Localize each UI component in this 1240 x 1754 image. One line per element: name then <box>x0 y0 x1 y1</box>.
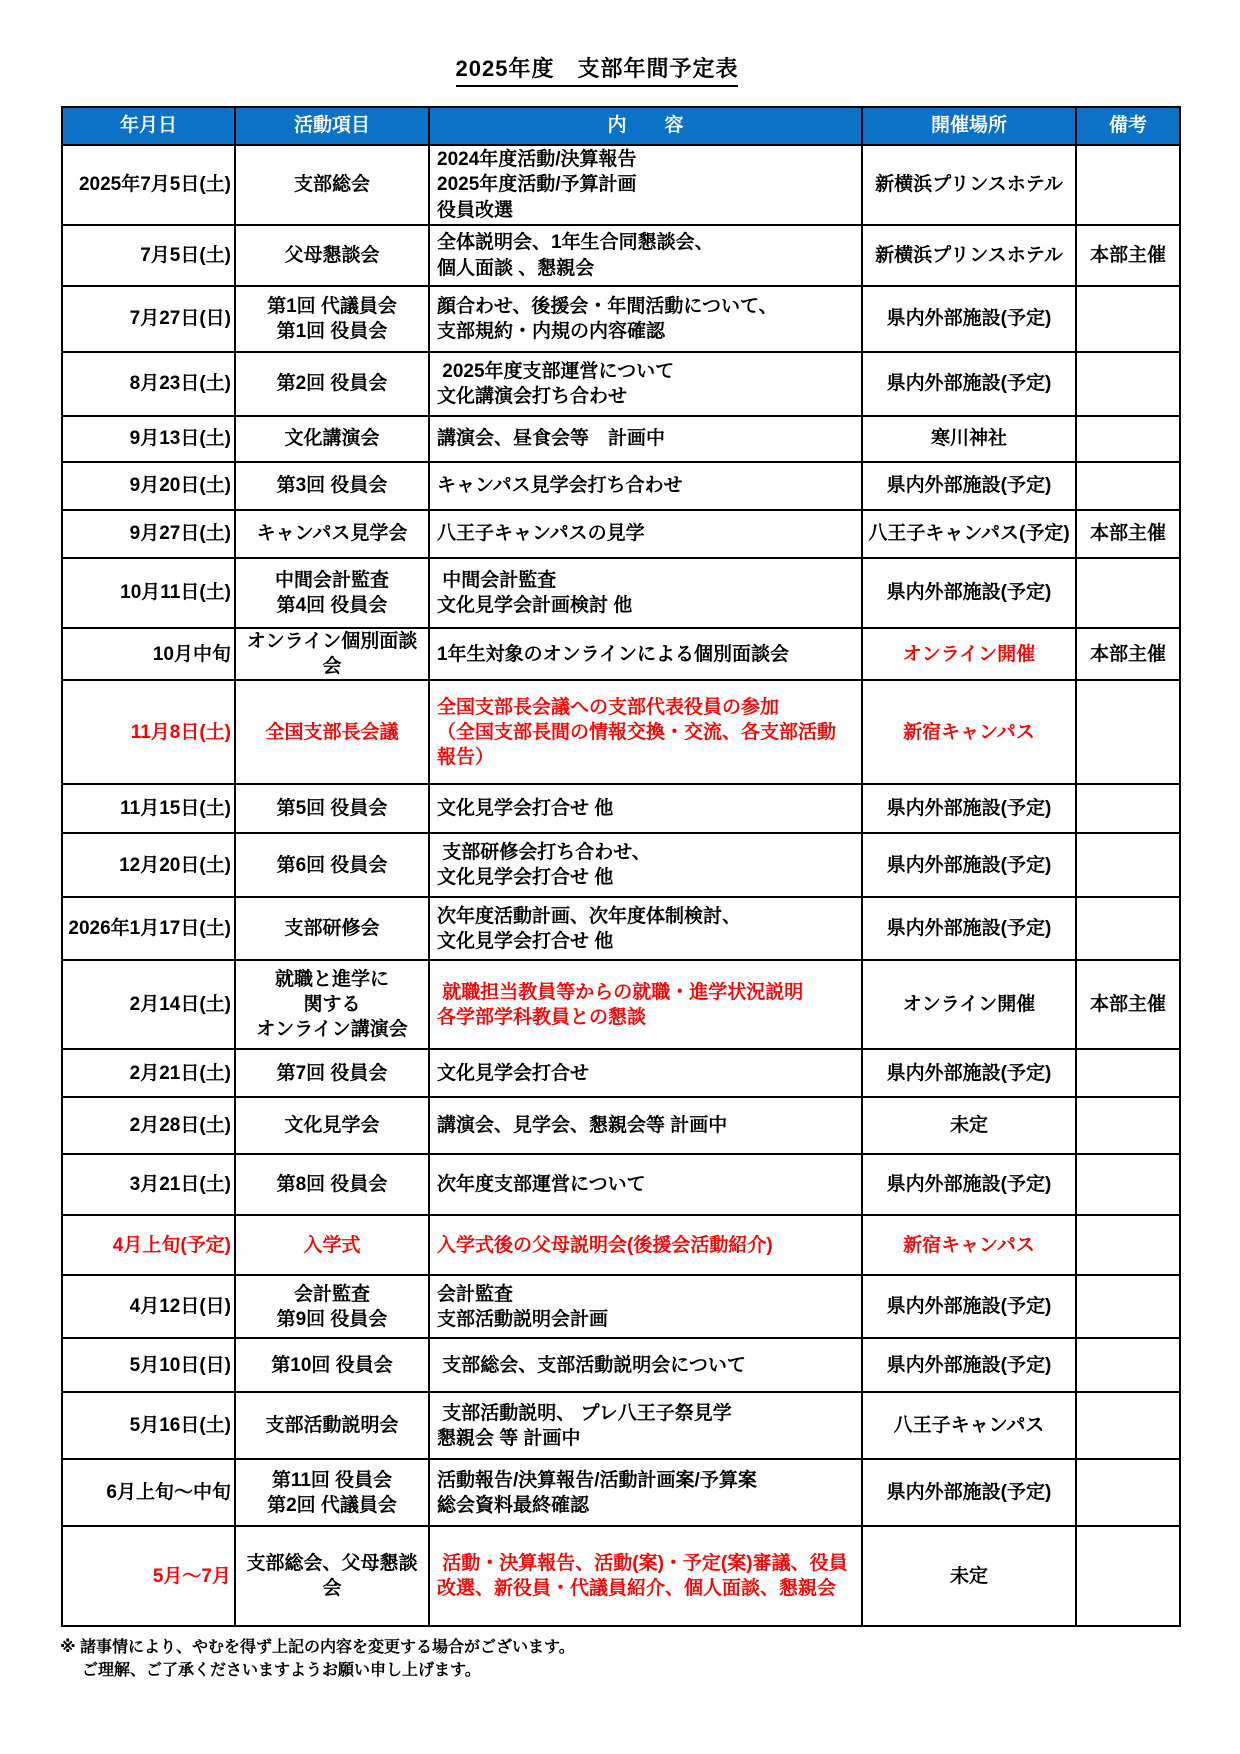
column-header-note: 備考 <box>1076 107 1180 145</box>
activity-cell: 第8回 役員会 <box>235 1154 429 1215</box>
content-cell: 文化見学会打合せ 他 <box>429 784 862 833</box>
date-cell: 7月27日(日) <box>62 286 235 352</box>
content-cell: 1年生対象のオンラインによる個別面談会 <box>429 628 862 680</box>
footer-note: ※ 諸事情により、やむを得ず上記の内容を変更する場合がございます。 ご理解、ご了… <box>60 1636 575 1682</box>
activity-cell: 支部総会 <box>235 145 429 225</box>
note-cell <box>1076 1338 1180 1392</box>
content-cell: 2025年度支部運営について 文化講演会打ち合わせ <box>429 352 862 416</box>
table-row: 2月21日(土)第7回 役員会文化見学会打合せ県内外部施設(予定) <box>62 1049 1180 1097</box>
venue-cell: 県内外部施設(予定) <box>862 1154 1076 1215</box>
note-cell <box>1076 1275 1180 1338</box>
venue-cell: 未定 <box>862 1097 1076 1154</box>
content-cell: 支部研修会打ち合わせ、 文化見学会打合せ 他 <box>429 833 862 897</box>
date-cell: 4月上旬(予定) <box>62 1215 235 1275</box>
activity-cell: 支部総会、父母懇談会 <box>235 1526 429 1626</box>
note-cell <box>1076 1392 1180 1459</box>
table-row: 7月27日(日)第1回 代議員会 第1回 役員会顔合わせ、後援会・年間活動につい… <box>62 286 1180 352</box>
venue-cell: 県内外部施設(予定) <box>862 558 1076 628</box>
activity-cell: 支部活動説明会 <box>235 1392 429 1459</box>
table-row: 10月11日(土)中間会計監査 第4回 役員会 中間会計監査 文化見学会計画検討… <box>62 558 1180 628</box>
content-cell: 活動・決算報告、活動(案)・予定(案)審議、役員 改選、新役員・代議員紹介、個人… <box>429 1526 862 1626</box>
table-row: 2月28日(土)文化見学会講演会、見学会、懇親会等 計画中未定 <box>62 1097 1180 1154</box>
date-cell: 10月11日(土) <box>62 558 235 628</box>
activity-cell: 入学式 <box>235 1215 429 1275</box>
venue-cell: 新横浜プリンスホテル <box>862 225 1076 286</box>
venue-cell: 寒川神社 <box>862 416 1076 462</box>
column-header-activity: 活動項目 <box>235 107 429 145</box>
activity-cell: 中間会計監査 第4回 役員会 <box>235 558 429 628</box>
venue-cell: オンライン開催 <box>862 960 1076 1049</box>
date-cell: 2026年1月17日(土) <box>62 897 235 960</box>
table-row: 3月21日(土)第8回 役員会次年度支部運営について県内外部施設(予定) <box>62 1154 1180 1215</box>
venue-cell: 県内外部施設(予定) <box>862 1338 1076 1392</box>
venue-cell: 県内外部施設(予定) <box>862 784 1076 833</box>
activity-cell: 第10回 役員会 <box>235 1338 429 1392</box>
date-cell: 11月15日(土) <box>62 784 235 833</box>
content-cell: 中間会計監査 文化見学会計画検討 他 <box>429 558 862 628</box>
venue-cell: 新宿キャンパス <box>862 1215 1076 1275</box>
date-cell: 9月27日(土) <box>62 510 235 558</box>
venue-cell: 県内外部施設(予定) <box>862 897 1076 960</box>
date-cell: 2月21日(土) <box>62 1049 235 1097</box>
activity-cell: 就職と進学に 関する オンライン講演会 <box>235 960 429 1049</box>
venue-cell: 県内外部施設(予定) <box>862 352 1076 416</box>
table-row: 5月10日(日)第10回 役員会 支部総会、支部活動説明会について県内外部施設(… <box>62 1338 1180 1392</box>
activity-cell: 第3回 役員会 <box>235 462 429 510</box>
venue-cell: 八王子キャンパス <box>862 1392 1076 1459</box>
table-row: 7月5日(土)父母懇談会全体説明会、1年生合同懇談会、 個人面談 、懇親会新横浜… <box>62 225 1180 286</box>
content-cell: 就職担当教員等からの就職・進学状況説明 各学部学科教員との懇談 <box>429 960 862 1049</box>
column-header-venue: 開催場所 <box>862 107 1076 145</box>
note-cell <box>1076 784 1180 833</box>
note-cell <box>1076 1459 1180 1526</box>
activity-cell: 文化講演会 <box>235 416 429 462</box>
note-cell <box>1076 558 1180 628</box>
note-cell <box>1076 1097 1180 1154</box>
note-cell <box>1076 680 1180 784</box>
note-cell <box>1076 286 1180 352</box>
content-cell: キャンパス見学会打ち合わせ <box>429 462 862 510</box>
schedule-table-container: 年月日 活動項目 内 容 開催場所 備考 2025年7月5日(土)支部総会202… <box>61 106 1181 1627</box>
activity-cell: 父母懇談会 <box>235 225 429 286</box>
venue-cell: 県内外部施設(予定) <box>862 286 1076 352</box>
content-cell: 全国支部長会議への支部代表役員の参加 （全国支部長間の情報交換・交流、各支部活動… <box>429 680 862 784</box>
note-cell <box>1076 1049 1180 1097</box>
table-row: 5月～7月支部総会、父母懇談会 活動・決算報告、活動(案)・予定(案)審議、役員… <box>62 1526 1180 1626</box>
venue-cell: 新宿キャンパス <box>862 680 1076 784</box>
venue-cell: 県内外部施設(予定) <box>862 833 1076 897</box>
activity-cell: 第6回 役員会 <box>235 833 429 897</box>
table-row: 9月13日(土)文化講演会講演会、昼食会等 計画中寒川神社 <box>62 416 1180 462</box>
content-cell: 活動報告/決算報告/活動計画案/予算案 総会資料最終確認 <box>429 1459 862 1526</box>
date-cell: 3月21日(土) <box>62 1154 235 1215</box>
table-row: 12月20日(土)第6回 役員会 支部研修会打ち合わせ、 文化見学会打合せ 他県… <box>62 833 1180 897</box>
note-cell: 本部主催 <box>1076 225 1180 286</box>
content-cell: 文化見学会打合せ <box>429 1049 862 1097</box>
table-row: 5月16日(土)支部活動説明会 支部活動説明、 プレ八王子祭見学 懇親会 等 計… <box>62 1392 1180 1459</box>
date-cell: 7月5日(土) <box>62 225 235 286</box>
venue-cell: 新横浜プリンスホテル <box>862 145 1076 225</box>
activity-cell: 第11回 役員会 第2回 代議員会 <box>235 1459 429 1526</box>
date-cell: 2025年7月5日(土) <box>62 145 235 225</box>
note-cell <box>1076 833 1180 897</box>
venue-cell: 県内外部施設(予定) <box>862 1459 1076 1526</box>
activity-cell: 第1回 代議員会 第1回 役員会 <box>235 286 429 352</box>
column-header-date: 年月日 <box>62 107 235 145</box>
note-cell <box>1076 1526 1180 1626</box>
schedule-table: 年月日 活動項目 内 容 開催場所 備考 2025年7月5日(土)支部総会202… <box>61 106 1181 1627</box>
table-row: 8月23日(土)第2回 役員会 2025年度支部運営について 文化講演会打ち合わ… <box>62 352 1180 416</box>
date-cell: 4月12日(日) <box>62 1275 235 1338</box>
date-cell: 10月中旬 <box>62 628 235 680</box>
table-row: 4月12日(日)会計監査 第9回 役員会会計監査 支部活動説明会計画県内外部施設… <box>62 1275 1180 1338</box>
activity-cell: 第2回 役員会 <box>235 352 429 416</box>
activity-cell: 第5回 役員会 <box>235 784 429 833</box>
date-cell: 2月14日(土) <box>62 960 235 1049</box>
date-cell: 5月16日(土) <box>62 1392 235 1459</box>
table-header: 年月日 活動項目 内 容 開催場所 備考 <box>62 107 1180 145</box>
note-cell: 本部主催 <box>1076 628 1180 680</box>
table-row: 6月上旬～中旬第11回 役員会 第2回 代議員会活動報告/決算報告/活動計画案/… <box>62 1459 1180 1526</box>
date-cell: 6月上旬～中旬 <box>62 1459 235 1526</box>
content-cell: 2024年度活動/決算報告 2025年度活動/予算計画 役員改選 <box>429 145 862 225</box>
table-row: 9月20日(土)第3回 役員会キャンパス見学会打ち合わせ県内外部施設(予定) <box>62 462 1180 510</box>
note-cell <box>1076 1215 1180 1275</box>
table-row: 2025年7月5日(土)支部総会2024年度活動/決算報告 2025年度活動/予… <box>62 145 1180 225</box>
activity-cell: 第7回 役員会 <box>235 1049 429 1097</box>
content-cell: 顔合わせ、後援会・年間活動について、 支部規約・内規の内容確認 <box>429 286 862 352</box>
table-row: 2月14日(土)就職と進学に 関する オンライン講演会 就職担当教員等からの就職… <box>62 960 1180 1049</box>
table-row: 10月中旬オンライン個別面談会1年生対象のオンラインによる個別面談会オンライン開… <box>62 628 1180 680</box>
note-cell: 本部主催 <box>1076 510 1180 558</box>
table-row: 11月8日(土)全国支部長会議全国支部長会議への支部代表役員の参加 （全国支部長… <box>62 680 1180 784</box>
footer-note-line2: ご理解、ご了承くださいますようお願い申し上げます。 <box>60 1659 575 1682</box>
content-cell: 八王子キャンパスの見学 <box>429 510 862 558</box>
column-header-content: 内 容 <box>429 107 862 145</box>
activity-cell: オンライン個別面談会 <box>235 628 429 680</box>
activity-cell: 支部研修会 <box>235 897 429 960</box>
date-cell: 5月～7月 <box>62 1526 235 1626</box>
venue-cell: 県内外部施設(予定) <box>862 462 1076 510</box>
content-cell: 会計監査 支部活動説明会計画 <box>429 1275 862 1338</box>
table-row: 11月15日(土)第5回 役員会文化見学会打合せ 他県内外部施設(予定) <box>62 784 1180 833</box>
note-cell <box>1076 1154 1180 1215</box>
venue-cell: 未定 <box>862 1526 1076 1626</box>
venue-cell: オンライン開催 <box>862 628 1076 680</box>
table-row: 2026年1月17日(土)支部研修会次年度活動計画、次年度体制検討、 文化見学会… <box>62 897 1180 960</box>
content-cell: 支部活動説明、 プレ八王子祭見学 懇親会 等 計画中 <box>429 1392 862 1459</box>
content-cell: 次年度活動計画、次年度体制検討、 文化見学会打合せ 他 <box>429 897 862 960</box>
activity-cell: 全国支部長会議 <box>235 680 429 784</box>
table-row: 9月27日(土)キャンパス見学会八王子キャンパスの見学八王子キャンパス(予定)本… <box>62 510 1180 558</box>
content-cell: 講演会、昼食会等 計画中 <box>429 416 862 462</box>
note-cell <box>1076 352 1180 416</box>
content-cell: 入学式後の父母説明会(後援会活動紹介) <box>429 1215 862 1275</box>
activity-cell: 文化見学会 <box>235 1097 429 1154</box>
note-cell <box>1076 462 1180 510</box>
title-row: 2025年度 支部年間予定表 <box>61 52 1133 87</box>
content-cell: 全体説明会、1年生合同懇談会、 個人面談 、懇親会 <box>429 225 862 286</box>
header-row: 年月日 活動項目 内 容 開催場所 備考 <box>62 107 1180 145</box>
table-row: 4月上旬(予定)入学式入学式後の父母説明会(後援会活動紹介)新宿キャンパス <box>62 1215 1180 1275</box>
date-cell: 11月8日(土) <box>62 680 235 784</box>
date-cell: 9月20日(土) <box>62 462 235 510</box>
content-cell: 次年度支部運営について <box>429 1154 862 1215</box>
date-cell: 2月28日(土) <box>62 1097 235 1154</box>
schedule-table-body: 2025年7月5日(土)支部総会2024年度活動/決算報告 2025年度活動/予… <box>62 145 1180 1626</box>
content-cell: 支部総会、支部活動説明会について <box>429 1338 862 1392</box>
date-cell: 9月13日(土) <box>62 416 235 462</box>
venue-cell: 県内外部施設(予定) <box>862 1049 1076 1097</box>
note-cell <box>1076 897 1180 960</box>
date-cell: 12月20日(土) <box>62 833 235 897</box>
note-cell <box>1076 145 1180 225</box>
date-cell: 5月10日(日) <box>62 1338 235 1392</box>
venue-cell: 県内外部施設(予定) <box>862 1275 1076 1338</box>
page-title: 2025年度 支部年間予定表 <box>456 52 739 87</box>
note-cell: 本部主催 <box>1076 960 1180 1049</box>
activity-cell: 会計監査 第9回 役員会 <box>235 1275 429 1338</box>
date-cell: 8月23日(土) <box>62 352 235 416</box>
content-cell: 講演会、見学会、懇親会等 計画中 <box>429 1097 862 1154</box>
footer-note-line1: ※ 諸事情により、やむを得ず上記の内容を変更する場合がございます。 <box>60 1636 575 1659</box>
venue-cell: 八王子キャンパス(予定) <box>862 510 1076 558</box>
activity-cell: キャンパス見学会 <box>235 510 429 558</box>
note-cell <box>1076 416 1180 462</box>
